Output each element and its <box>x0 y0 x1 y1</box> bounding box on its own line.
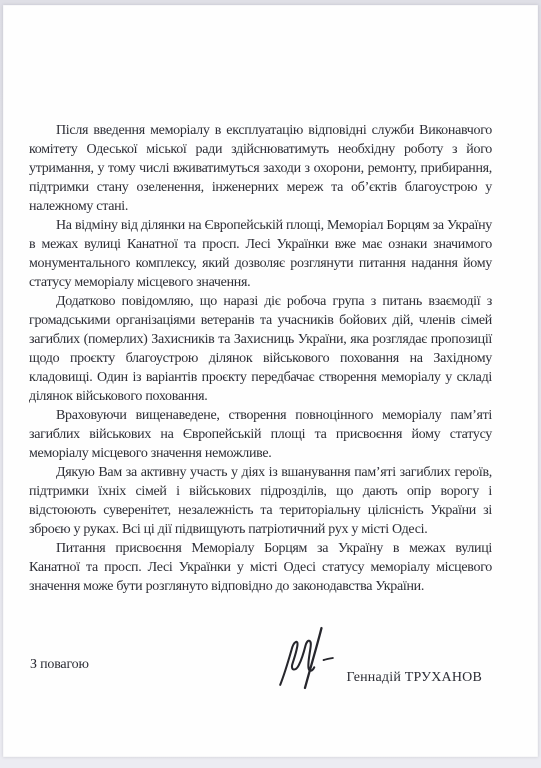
signature-mark <box>275 626 337 690</box>
document-viewer-backdrop: Після введення меморіалу в експлуатацію … <box>0 0 541 768</box>
letter-paragraph-6: Питання присвоєння Меморіалу Борцям за У… <box>29 539 492 596</box>
signature-block: З повагою Геннадій ТРУХАНОВ <box>3 636 538 746</box>
letter-paragraph-5: Дякую Вам за активну участь у діях із вш… <box>29 463 492 539</box>
letter-paragraph-1: Після введення меморіалу в експлуатацію … <box>29 121 492 216</box>
closing-salutation: З повагою <box>30 657 89 673</box>
letter-body: Після введення меморіалу в експлуатацію … <box>3 5 538 596</box>
signer-name: Геннадій ТРУХАНОВ <box>346 670 482 686</box>
letter-paragraph-4: Враховуючи вищенаведене, створення повно… <box>29 406 492 463</box>
letter-page: Після введення меморіалу в експлуатацію … <box>3 5 538 757</box>
letter-paragraph-2: На відміну від ділянки на Європейській п… <box>29 216 492 292</box>
letter-paragraph-3: Додатково повідомляю, що наразі діє робо… <box>29 292 492 406</box>
